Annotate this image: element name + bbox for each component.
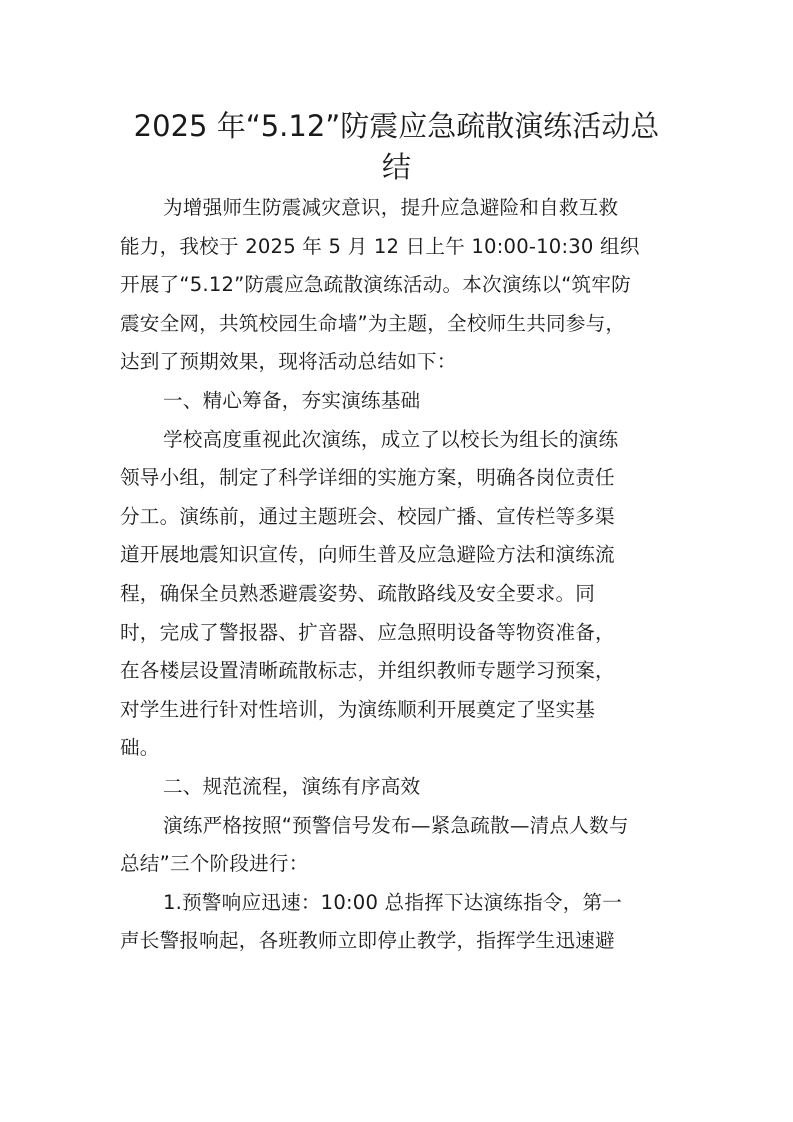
paragraph-line: 学校高度重视此次演练，成立了以校长为组长的演练: [120, 421, 680, 460]
paragraph-line: 对学生进行针对性培训，为演练顺利开展奠定了坚实基: [120, 691, 680, 730]
paragraph-line: 础。: [120, 729, 680, 768]
document-page: 2025 年“5.12”防震应急疏散演练活动总 结 为增强师生防震减灾意识，提升…: [0, 0, 793, 1122]
paragraph-line: 领导小组，制定了科学详细的实施方案，明确各岗位责任: [120, 459, 680, 498]
paragraph-line: 达到了预期效果，现将活动总结如下：: [120, 343, 680, 382]
paragraph-line: 程，确保全员熟悉避震姿势、疏散路线及安全要求。同: [120, 575, 680, 614]
title-line-1: 2025 年“5.12”防震应急疏散演练活动总: [120, 106, 673, 147]
paragraph-line: 在各楼层设置清晰疏散标志，并组织教师专题学习预案，: [120, 652, 680, 691]
paragraph-line: 1.预警响应迅速：10:00 总指挥下达演练指令，第一: [120, 884, 680, 923]
paragraph-line: 声长警报响起，各班教师立即停止教学，指挥学生迅速避: [120, 922, 680, 961]
title-line-2: 结: [120, 147, 673, 188]
paragraph-line: 震安全网，共筑校园生命墙”为主题，全校师生共同参与，: [120, 305, 680, 344]
paragraph-line: 总结”三个阶段进行：: [120, 845, 680, 884]
document-title: 2025 年“5.12”防震应急疏散演练活动总 结: [120, 106, 673, 188]
section-heading-2: 二、规范流程，演练有序高效: [120, 768, 680, 807]
paragraph-line: 为增强师生防震减灾意识，提升应急避险和自救互救: [120, 189, 680, 228]
paragraph-line: 能力，我校于 2025 年 5 月 12 日上午 10:00-10:30 组织: [120, 228, 680, 267]
paragraph-line: 开展了“5.12”防震应急疏散演练活动。本次演练以“筑牢防: [120, 266, 680, 305]
paragraph-line: 道开展地震知识宣传，向师生普及应急避险方法和演练流: [120, 536, 680, 575]
section-heading-1: 一、精心筹备，夯实演练基础: [120, 382, 680, 421]
paragraph-line: 演练严格按照“预警信号发布—紧急疏散—清点人数与: [120, 807, 680, 846]
document-body: 为增强师生防震减灾意识，提升应急避险和自救互救 能力，我校于 2025 年 5 …: [120, 189, 680, 961]
paragraph-line: 时，完成了警报器、扩音器、应急照明设备等物资准备，: [120, 614, 680, 653]
paragraph-line: 分工。演练前，通过主题班会、校园广播、宣传栏等多渠: [120, 498, 680, 537]
